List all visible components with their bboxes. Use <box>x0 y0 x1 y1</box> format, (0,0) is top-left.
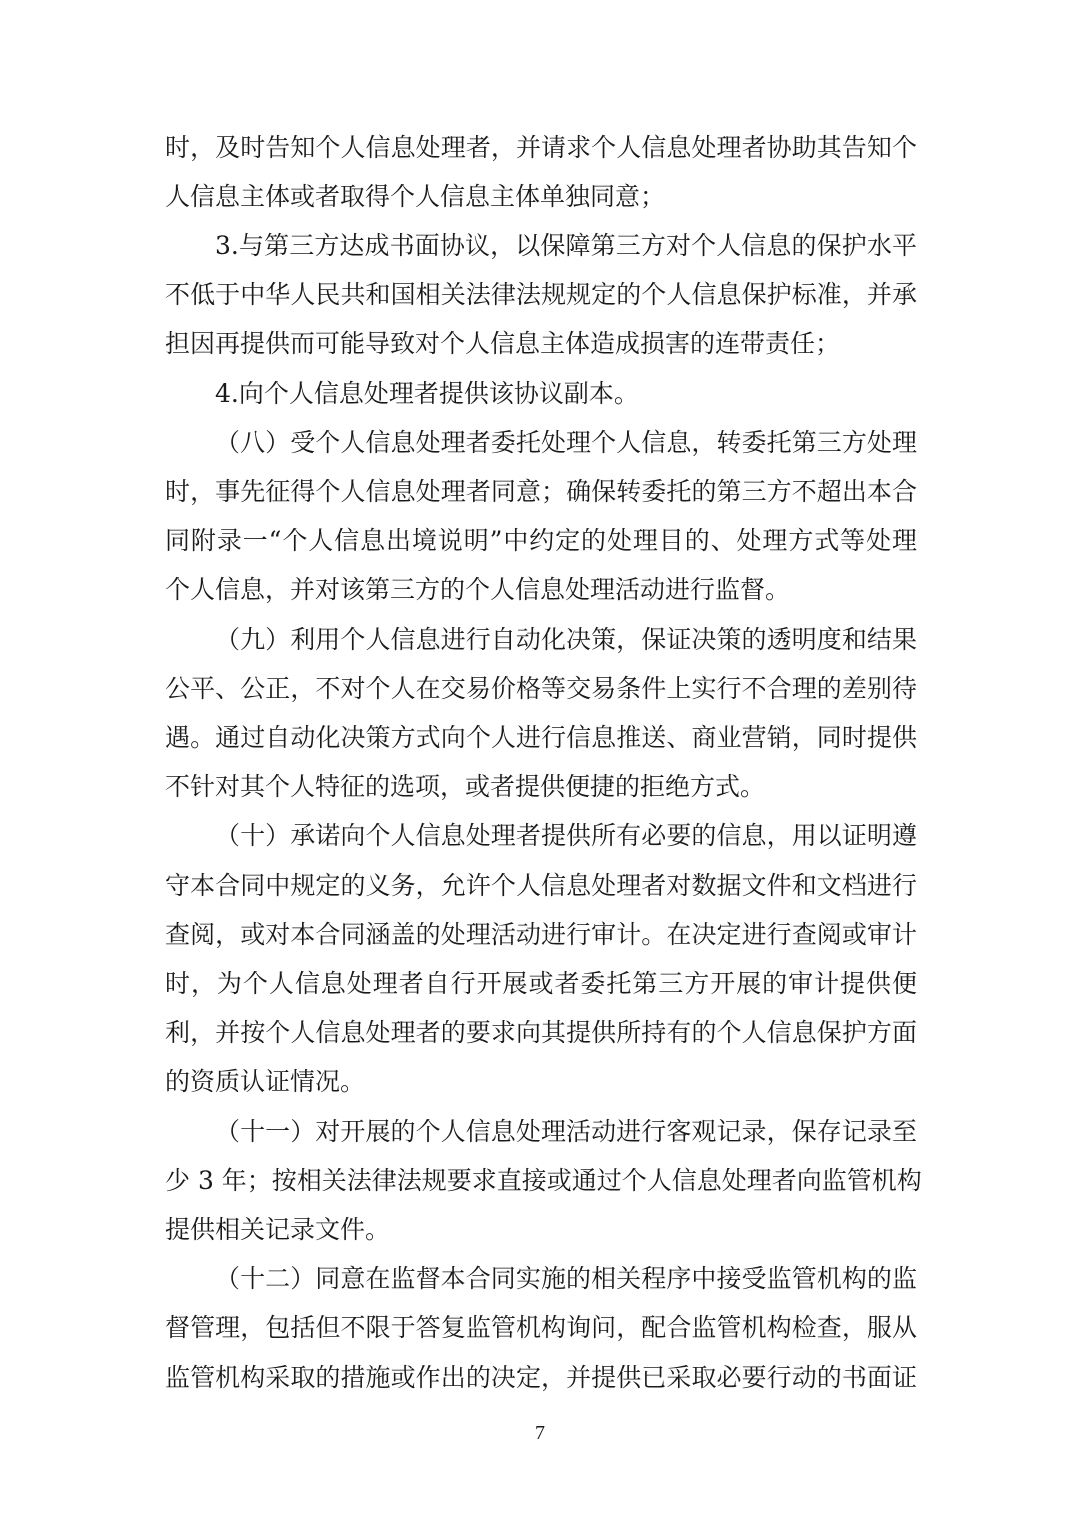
text-line: 同附录一“个人信息出境说明”中约定的处理目的、处理方式等处理 <box>165 521 917 561</box>
text-line: 监管机构采取的措施或作出的决定，并提供已采取必要行动的书面证 <box>165 1358 917 1398</box>
text-line: 提供相关记录文件。 <box>165 1210 917 1250</box>
text-line: （十）承诺向个人信息处理者提供所有必要的信息，用以证明遵 <box>215 816 917 856</box>
text-line: 人信息主体或者取得个人信息主体单独同意； <box>165 177 917 217</box>
text-line: 利，并按个人信息处理者的要求向其提供所持有的个人信息保护方面 <box>165 1013 917 1053</box>
document-page: 时，及时告知个人信息处理者，并请求个人信息处理者协助其告知个 人信息主体或者取得… <box>0 0 1080 1528</box>
text-line: 担因再提供而可能导致对个人信息主体造成损害的连带责任； <box>165 324 917 364</box>
text-line: 不针对其个人特征的选项，或者提供便捷的拒绝方式。 <box>165 767 917 807</box>
text-line: 的资质认证情况。 <box>165 1062 917 1102</box>
text-line: 3.与第三方达成书面协议，以保障第三方对个人信息的保护水平 <box>215 226 917 266</box>
text-line: 时，事先征得个人信息处理者同意；确保转委托的第三方不超出本合 <box>165 472 917 512</box>
text-line: （十二）同意在监督本合同实施的相关程序中接受监管机构的监 <box>215 1259 917 1299</box>
text-line: 时，及时告知个人信息处理者，并请求个人信息处理者协助其告知个 <box>165 128 917 168</box>
text-line: 守本合同中规定的义务，允许个人信息处理者对数据文件和文档进行 <box>165 866 917 906</box>
text-line: 遇。通过自动化决策方式向个人进行信息推送、商业营销，同时提供 <box>165 718 917 758</box>
text-line: 督管理，包括但不限于答复监管机构询问，配合监管机构检查，服从 <box>165 1308 917 1348</box>
text-line: （十一）对开展的个人信息处理活动进行客观记录，保存记录至 <box>215 1112 917 1152</box>
text-line: （八）受个人信息处理者委托处理个人信息，转委托第三方处理 <box>215 423 917 463</box>
text-line: 少 3 年；按相关法律法规要求直接或通过个人信息处理者向监管机构 <box>165 1161 917 1201</box>
text-line: 时，为个人信息处理者自行开展或者委托第三方开展的审计提供便 <box>165 964 917 1004</box>
text-line: 查阅，或对本合同涵盖的处理活动进行审计。在决定进行查阅或审计 <box>165 915 917 955</box>
page-number: 7 <box>0 1422 1080 1445</box>
text-line: 不低于中华人民共和国相关法律法规规定的个人信息保护标准，并承 <box>165 275 917 315</box>
text-line: 公平、公正，不对个人在交易价格等交易条件上实行不合理的差别待 <box>165 669 917 709</box>
text-line: （九）利用个人信息进行自动化决策，保证决策的透明度和结果 <box>215 620 917 660</box>
text-line: 4.向个人信息处理者提供该协议副本。 <box>215 374 917 414</box>
text-line: 个人信息，并对该第三方的个人信息处理活动进行监督。 <box>165 570 917 610</box>
